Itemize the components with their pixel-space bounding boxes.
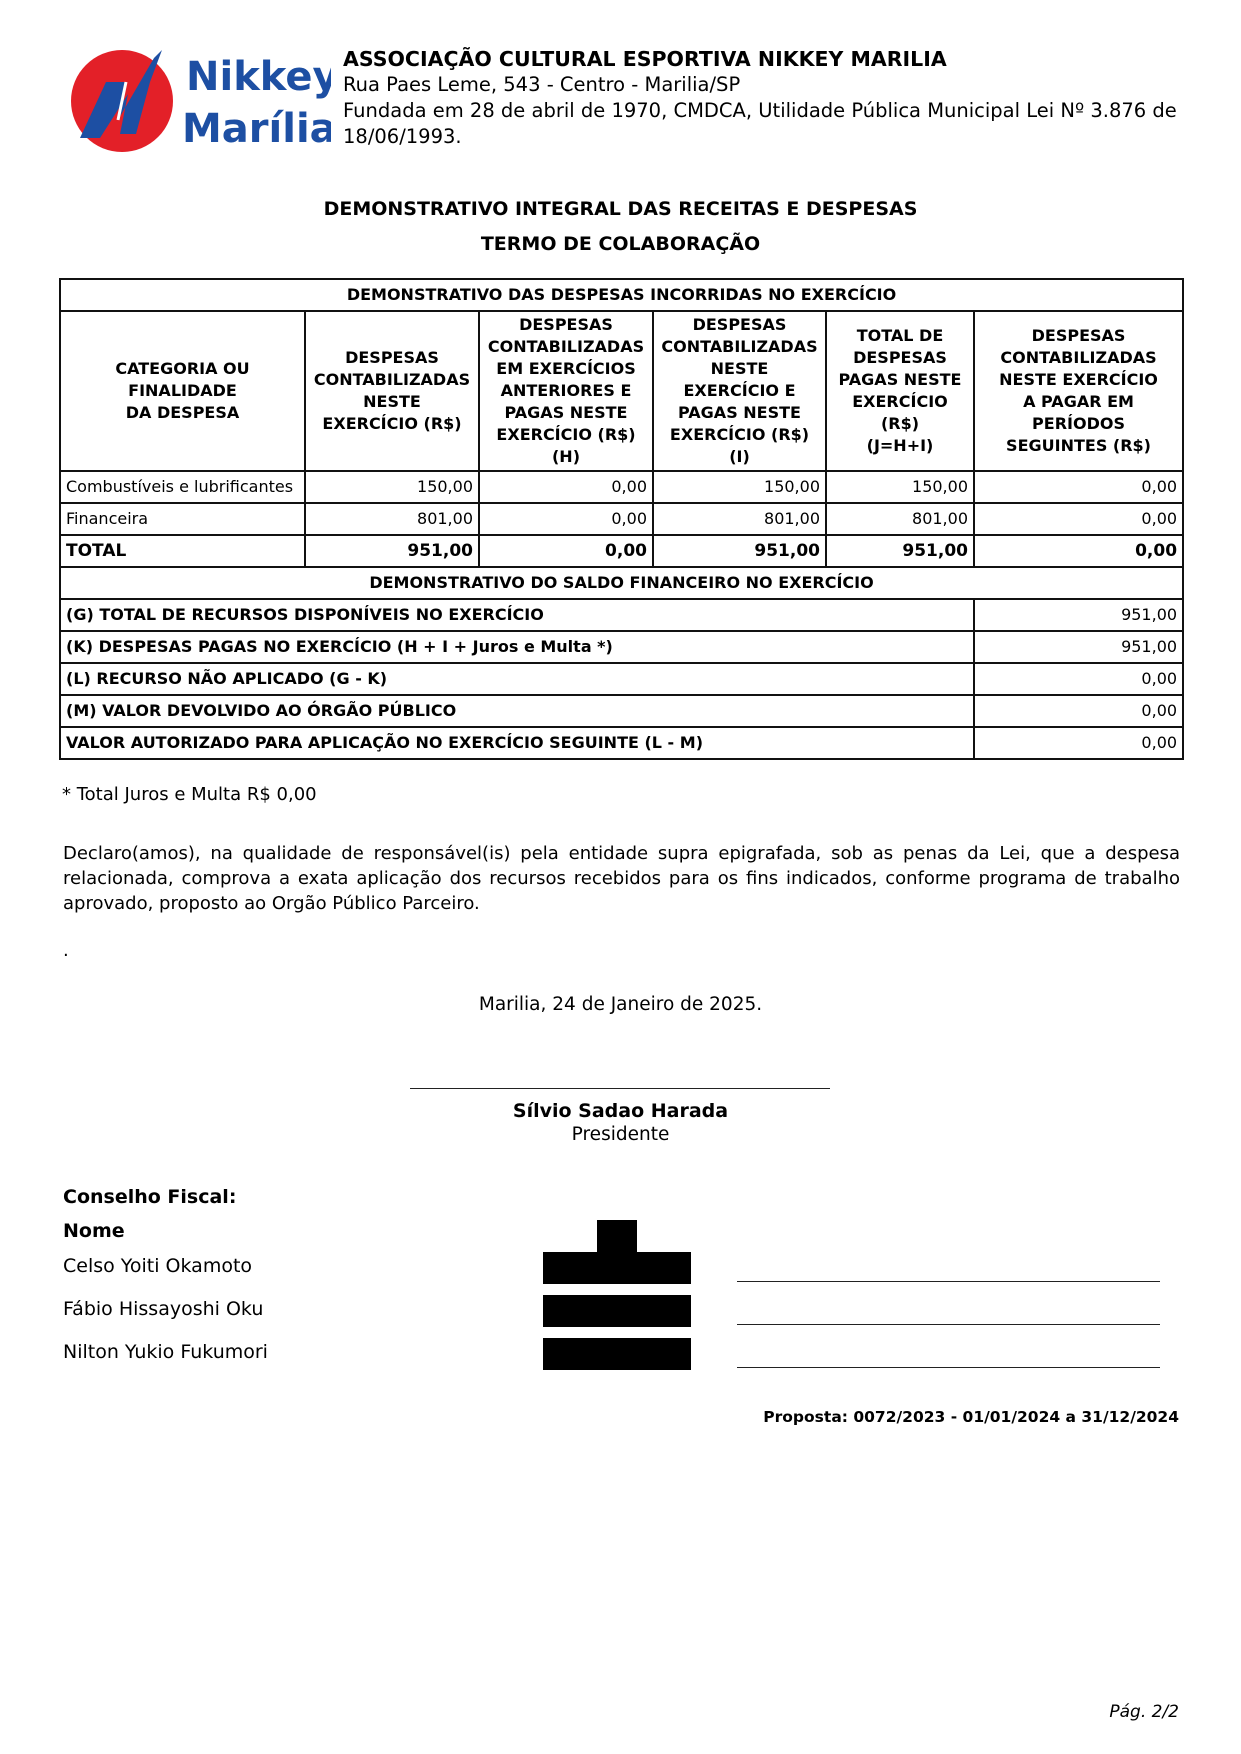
signature-line: [410, 1088, 830, 1089]
footnote: * Total Juros e Multa R$ 0,00: [62, 784, 317, 805]
value-cell: 0,00: [479, 535, 653, 567]
expenses-table: DEMONSTRATIVO DAS DESPESAS INCORRIDAS NO…: [59, 278, 1184, 760]
column-header-line: PERÍODOS: [980, 413, 1177, 435]
column-header-line: DESPESAS: [832, 347, 968, 369]
column-header-line: DESPESAS: [485, 314, 647, 336]
column-header-line: DESPESAS: [980, 325, 1177, 347]
column-header-line: TOTAL DE: [832, 325, 968, 347]
council-member-name: Celso Yoiti Okamoto: [63, 1255, 252, 1277]
value-cell: 951,00: [826, 535, 974, 567]
balance-section-title: DEMONSTRATIVO DO SALDO FINANCEIRO NO EXE…: [60, 567, 1183, 599]
page-number: Pág. 2/2: [1109, 1702, 1179, 1722]
redaction-block: [543, 1295, 691, 1327]
column-header-line: PAGAS NESTE: [485, 402, 647, 424]
balance-row: (L) RECURSO NÃO APLICADO (G - K)0,00: [60, 663, 1183, 695]
balance-label: (L) RECURSO NÃO APLICADO (G - K): [60, 663, 974, 695]
organization-address: Rua Paes Leme, 543 - Centro - Marilia/SP: [343, 72, 1183, 98]
column-header-line: EXERCÍCIO (R$): [485, 424, 647, 446]
column-header-line: EXERCÍCIO E: [659, 380, 820, 402]
column-header: DESPESASCONTABILIZADASNESTEEXERCÍCIO (R$…: [305, 311, 479, 471]
declaration-text: Declaro(amos), na qualidade de responsáv…: [63, 841, 1180, 916]
member-signature-line: [737, 1367, 1160, 1368]
column-header: DESPESASCONTABILIZADASEM EXERCÍCIOSANTER…: [479, 311, 653, 471]
column-header-line: DA DESPESA: [66, 402, 299, 424]
value-cell: 951,00: [653, 535, 826, 567]
table-row: Financeira801,000,00801,00801,000,00: [60, 503, 1183, 535]
balance-value: 0,00: [974, 695, 1183, 727]
column-header-line: NESTE EXERCÍCIO: [980, 369, 1177, 391]
balance-label: (M) VALOR DEVOLVIDO AO ÓRGÃO PÚBLICO: [60, 695, 974, 727]
column-header-line: (H): [485, 446, 647, 468]
column-header: TOTAL DEDESPESASPAGAS NESTEEXERCÍCIO(R$)…: [826, 311, 974, 471]
organization-name: ASSOCIAÇÃO CULTURAL ESPORTIVA NIKKEY MAR…: [343, 46, 1183, 72]
value-cell: 0,00: [479, 503, 653, 535]
column-header-line: DESPESAS: [311, 347, 473, 369]
signatory-role: Presidente: [0, 1124, 1241, 1145]
value-cell: 150,00: [305, 471, 479, 503]
category-cell: Financeira: [60, 503, 305, 535]
table-row: TOTAL951,000,00951,00951,000,00: [60, 535, 1183, 567]
redaction-block: [543, 1338, 691, 1370]
stray-dot: .: [63, 940, 69, 961]
council-member-name: Fábio Hissayoshi Oku: [63, 1298, 263, 1320]
table-row: Combustíveis e lubrificantes150,000,0015…: [60, 471, 1183, 503]
value-cell: 0,00: [974, 503, 1183, 535]
column-header-line: DESPESAS: [659, 314, 820, 336]
category-cell: TOTAL: [60, 535, 305, 567]
column-header-line: EM EXERCÍCIOS: [485, 358, 647, 380]
column-header-line: SEGUINTES (R$): [980, 435, 1177, 457]
column-header-line: CONTABILIZADAS: [485, 336, 647, 358]
column-header-line: FINALIDADE: [66, 380, 299, 402]
council-title: Conselho Fiscal:: [63, 1186, 236, 1208]
column-header-line: EXERCÍCIO (R$): [311, 413, 473, 435]
value-cell: 801,00: [826, 503, 974, 535]
value-cell: 150,00: [653, 471, 826, 503]
balance-value: 0,00: [974, 727, 1183, 759]
column-header-line: (R$): [832, 413, 968, 435]
date-line: Marilia, 24 de Janeiro de 2025.: [0, 994, 1241, 1015]
council-member-name: Nilton Yukio Fukumori: [63, 1341, 268, 1363]
member-signature-line: [737, 1281, 1160, 1282]
balance-row: VALOR AUTORIZADO PARA APLICAÇÃO NO EXERC…: [60, 727, 1183, 759]
balance-label: (G) TOTAL DE RECURSOS DISPONÍVEIS NO EXE…: [60, 599, 974, 631]
value-cell: 0,00: [974, 471, 1183, 503]
column-header: DESPESASCONTABILIZADASNESTE EXERCÍCIOA P…: [974, 311, 1183, 471]
organization-founded: Fundada em 28 de abril de 1970, CMDCA, U…: [343, 98, 1183, 124]
balance-value: 951,00: [974, 631, 1183, 663]
column-header-line: NESTE: [311, 391, 473, 413]
svg-text:Nikkey: Nikkey: [186, 54, 331, 100]
svg-text:Marília: Marília: [182, 106, 331, 152]
column-header-line: EXERCÍCIO: [832, 391, 968, 413]
balance-label: VALOR AUTORIZADO PARA APLICAÇÃO NO EXERC…: [60, 727, 974, 759]
organization-info: ASSOCIAÇÃO CULTURAL ESPORTIVA NIKKEY MAR…: [343, 46, 1183, 150]
column-header-line: ANTERIORES E: [485, 380, 647, 402]
document-subtitle: TERMO DE COLABORAÇÃO: [0, 233, 1241, 255]
expenses-header-row: CATEGORIA OUFINALIDADEDA DESPESADESPESAS…: [60, 311, 1183, 471]
column-header: DESPESASCONTABILIZADASNESTEEXERCÍCIO EPA…: [653, 311, 826, 471]
document-title: DEMONSTRATIVO INTEGRAL DAS RECEITAS E DE…: [0, 198, 1241, 220]
column-header-line: EXERCÍCIO (R$): [659, 424, 820, 446]
proposal-info: Proposta: 0072/2023 - 01/01/2024 a 31/12…: [763, 1408, 1179, 1426]
value-cell: 150,00: [826, 471, 974, 503]
column-header-line: NESTE: [659, 358, 820, 380]
column-header: CATEGORIA OUFINALIDADEDA DESPESA: [60, 311, 305, 471]
organization-founded-cont: 18/06/1993.: [343, 124, 1183, 150]
value-cell: 951,00: [305, 535, 479, 567]
column-header-line: CATEGORIA OU: [66, 358, 299, 380]
balance-row: (G) TOTAL DE RECURSOS DISPONÍVEIS NO EXE…: [60, 599, 1183, 631]
redaction-block: [543, 1252, 691, 1284]
value-cell: 0,00: [479, 471, 653, 503]
column-header-line: PAGAS NESTE: [832, 369, 968, 391]
category-cell: Combustíveis e lubrificantes: [60, 471, 305, 503]
council-name-header: Nome: [63, 1220, 125, 1242]
balance-value: 0,00: [974, 663, 1183, 695]
column-header-line: A PAGAR EM: [980, 391, 1177, 413]
value-cell: 801,00: [305, 503, 479, 535]
balance-label: (K) DESPESAS PAGAS NO EXERCÍCIO (H + I +…: [60, 631, 974, 663]
column-header-line: (J=H+I): [832, 435, 968, 457]
column-header-line: CONTABILIZADAS: [311, 369, 473, 391]
column-header-line: CONTABILIZADAS: [980, 347, 1177, 369]
organization-logo: Nikkey Marília: [66, 42, 331, 154]
redaction-block: [597, 1220, 637, 1252]
column-header-line: PAGAS NESTE: [659, 402, 820, 424]
balance-value: 951,00: [974, 599, 1183, 631]
signatory-name: Sílvio Sadao Harada: [0, 1100, 1241, 1122]
value-cell: 801,00: [653, 503, 826, 535]
column-header-line: (I): [659, 446, 820, 468]
balance-row: (M) VALOR DEVOLVIDO AO ÓRGÃO PÚBLICO0,00: [60, 695, 1183, 727]
balance-row: (K) DESPESAS PAGAS NO EXERCÍCIO (H + I +…: [60, 631, 1183, 663]
value-cell: 0,00: [974, 535, 1183, 567]
member-signature-line: [737, 1324, 1160, 1325]
column-header-line: CONTABILIZADAS: [659, 336, 820, 358]
expenses-section-title: DEMONSTRATIVO DAS DESPESAS INCORRIDAS NO…: [60, 279, 1183, 311]
